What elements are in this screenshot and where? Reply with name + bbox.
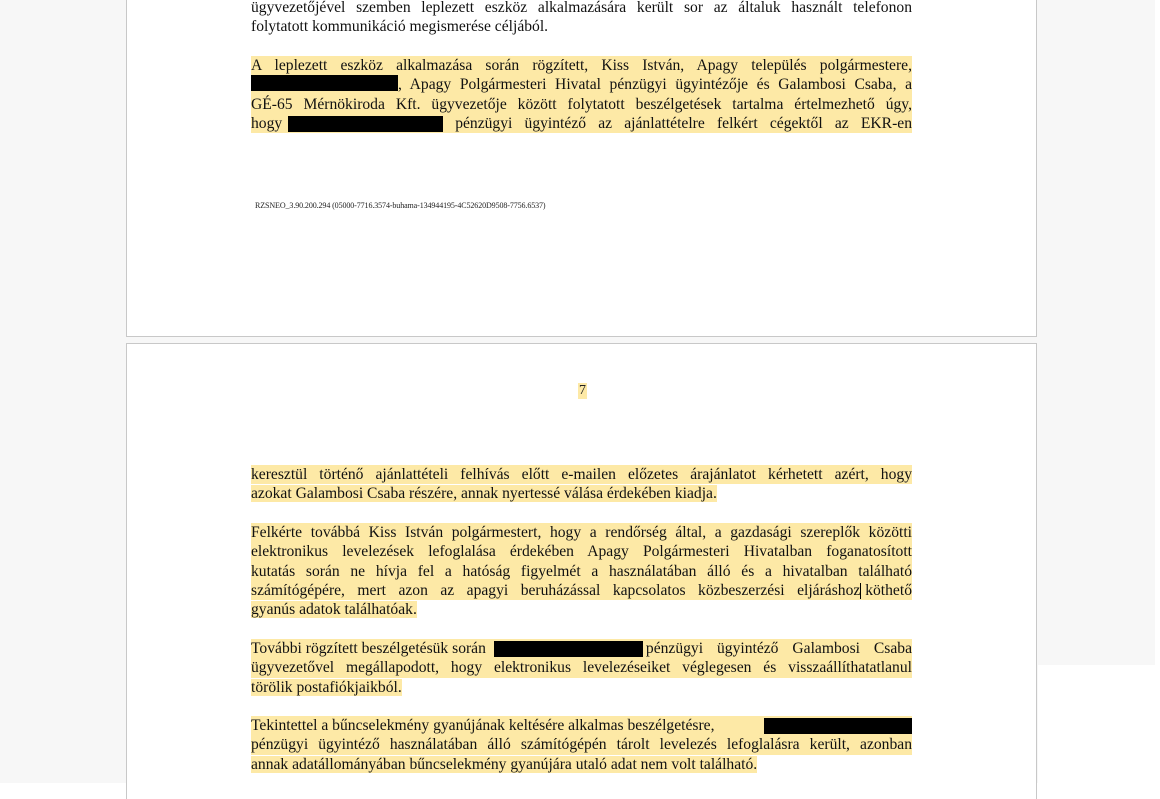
text-line: GÉ-65 Mérnökiroda Kft. ügyvezetője közöt… — [251, 95, 912, 114]
text-line: A leplezett eszköz alkalmazása során rög… — [251, 56, 912, 75]
page-number: 7 — [578, 383, 587, 399]
document-footer-code: RZSNEO_3.90.200.294 (05000-7716.3574-buh… — [255, 201, 546, 210]
text-line-with-redaction: Tekintettel a bűncselekmény gyanújának k… — [251, 716, 912, 735]
text-line: gyanús adatok találhatóak. — [251, 600, 912, 619]
paragraph-further-conversations: További rögzített beszélgetésük során pé… — [251, 639, 912, 697]
document-page-6[interactable] — [126, 0, 1037, 337]
text-line: azokat Galambosi Csaba részére, annak ny… — [251, 484, 912, 503]
text-line: keresztül történő ajánlattételi felhívás… — [251, 465, 912, 484]
text-segment: azokat Galambosi Csaba részére, annak ny… — [251, 485, 717, 502]
text-segment: annak adatállományában bűncselekmény gya… — [251, 756, 757, 773]
text-line: törölik postafiókjaikból. — [251, 678, 912, 697]
redaction-block — [764, 718, 912, 734]
redaction-block — [494, 641, 643, 657]
text-line: kutatás során ne hívja fel a hatóság fig… — [251, 562, 912, 581]
redaction-block — [251, 75, 398, 91]
paragraph-request: Felkérte továbbá Kiss István polgármeste… — [251, 523, 912, 619]
text-segment: törölik postafiókjaikból. — [251, 679, 402, 696]
text-segment: köthető — [861, 581, 912, 600]
text-line-with-redaction: , Apagy Polgármesteri Hivatal pénzügyi ü… — [251, 75, 912, 94]
text-line: pénzügyi ügyintéző használatában álló sz… — [251, 735, 912, 754]
text-line: elektronikus levelezések lefoglalása érd… — [251, 542, 912, 561]
text-segment: , Apagy Polgármesteri Hivatal pénzügyi ü… — [398, 75, 912, 94]
text-line-with-redaction: hogy pénzügyi ügyintéző az ajánlattételr… — [251, 114, 912, 133]
text-line: annak adatállományában bűncselekmény gya… — [251, 755, 912, 774]
text-line: folytatott kommunikáció megismerése célj… — [251, 17, 912, 36]
paragraph-intro: ügyvezetőjével szemben leplezett eszköz … — [251, 0, 912, 37]
text-segment: pénzügyi ügyintéző Galambosi Csaba — [646, 639, 912, 658]
text-line: Felkérte továbbá Kiss István polgármeste… — [251, 523, 912, 542]
paragraph-recorded-conversations: A leplezett eszköz alkalmazása során rög… — [251, 56, 912, 133]
text-segment: További rögzített beszélgetésük során — [251, 639, 486, 658]
text-line-with-redaction: További rögzített beszélgetésük során pé… — [251, 639, 912, 658]
text-segment: gyanús adatok találhatóak. — [251, 601, 417, 618]
text-segment: számítógépére, mert azon az apagyi beruh… — [251, 581, 860, 600]
text-segment: Tekintettel a bűncselekmény gyanújának k… — [251, 716, 715, 735]
text-segment: hogy — [251, 114, 282, 133]
text-segment: pénzügyi ügyintéző az ajánlattételre fel… — [455, 114, 912, 133]
text-line-with-caret: számítógépére, mert azon az apagyi beruh… — [251, 581, 912, 600]
paragraph-continuation: keresztül történő ajánlattételi felhívás… — [251, 465, 912, 504]
text-line: ügyvezetőjével szemben leplezett eszköz … — [251, 0, 912, 17]
text-line: ügyvezetővel megállapodott, hogy elektro… — [251, 658, 912, 677]
redaction-block — [288, 116, 443, 132]
paragraph-considering: Tekintettel a bűncselekmény gyanújának k… — [251, 716, 912, 774]
